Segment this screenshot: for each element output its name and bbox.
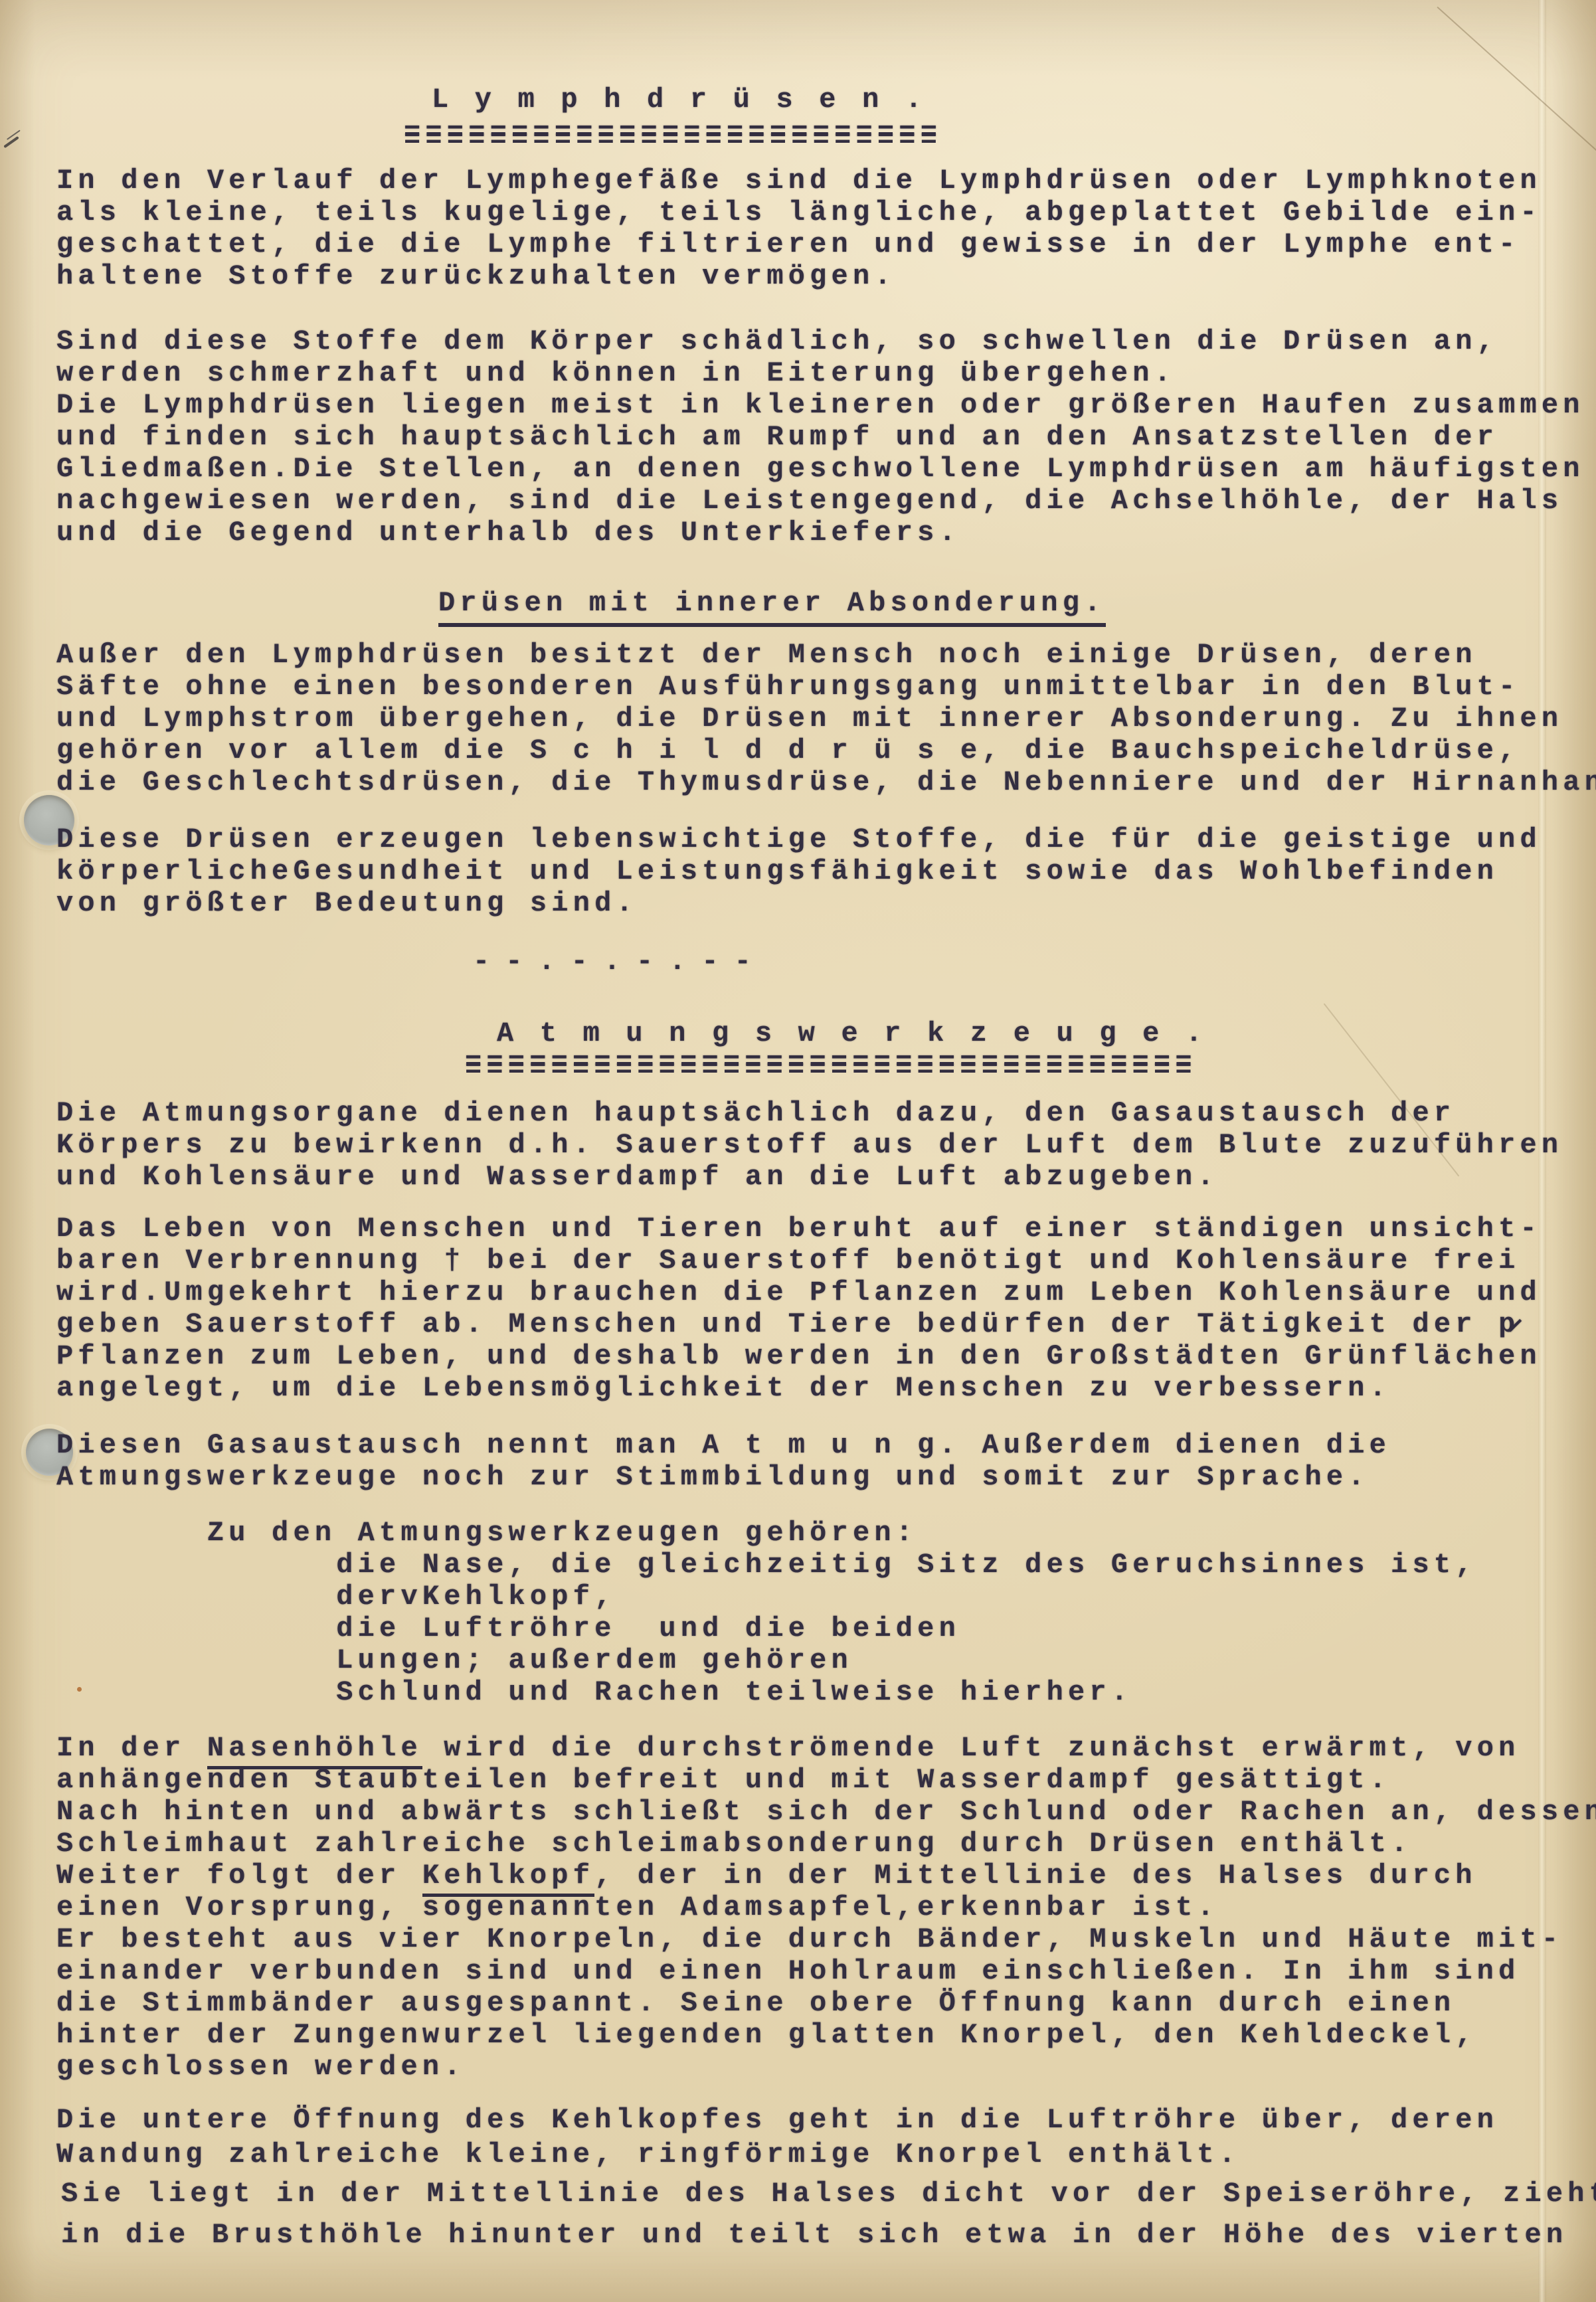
paragraph-segment: , der in der Mittellinie des Halses durc… (56, 1860, 1563, 2083)
section-heading-respiratory-organs: A t m u n g s w e r k z e u g e . (497, 1018, 1207, 1049)
paragraph-respiration-purpose: Die Atmungsorgane dienen hauptsächlich d… (56, 1097, 1563, 1193)
respiratory-heading-underline: ================================== (465, 1047, 1197, 1079)
paragraph-inner-secretion-glands: Außer den Lymphdrüsen besitzt der Mensch… (56, 639, 1596, 798)
paragraph-combustion-plants: Das Leben von Menschen und Tieren beruht… (56, 1213, 1542, 1404)
paragraph-gas-exchange-atmung: Diesen Gasaustausch nennt man A t m u n … (56, 1429, 1391, 1493)
section-heading-inner-secretion: Drüsen mit innerer Absonderung. (438, 587, 1106, 619)
pen-mark (3, 136, 19, 148)
paragraph-trachea-position: Sie liegt in der Mittellinie des Halses … (61, 2173, 1596, 2256)
section-heading-inner-secretion-text: Drüsen mit innerer Absonderung. (438, 587, 1106, 627)
paragraph-gland-importance: Diese Drüsen erzeugen lebenswichtige Sto… (56, 824, 1542, 919)
section-divider: --.-.-.-- (473, 946, 767, 978)
title-underline: ========================= (404, 117, 942, 149)
paragraph-trachea: Die untere Öffnung des Kehlkopfes geht i… (56, 2103, 1498, 2172)
paragraph-nasal-cavity-larynx: In der Nasenhöhle wird die durchströmend… (56, 1732, 1596, 2083)
paragraph-segment: In der (56, 1732, 207, 1764)
page-title: L y m p h d r ü s e n . (432, 84, 927, 116)
paragraph-lymph-swelling: Sind diese Stoffe dem Körper schädlich, … (56, 325, 1585, 549)
list-respiratory-organs: Zu den Atmungswerkzeugen gehören: die Na… (56, 1517, 1477, 1708)
paragraph-lymph-intro: In den Verlauf der Lymphegefäße sind die… (56, 165, 1542, 292)
document-page: L y m p h d r ü s e n . ================… (0, 0, 1596, 2302)
